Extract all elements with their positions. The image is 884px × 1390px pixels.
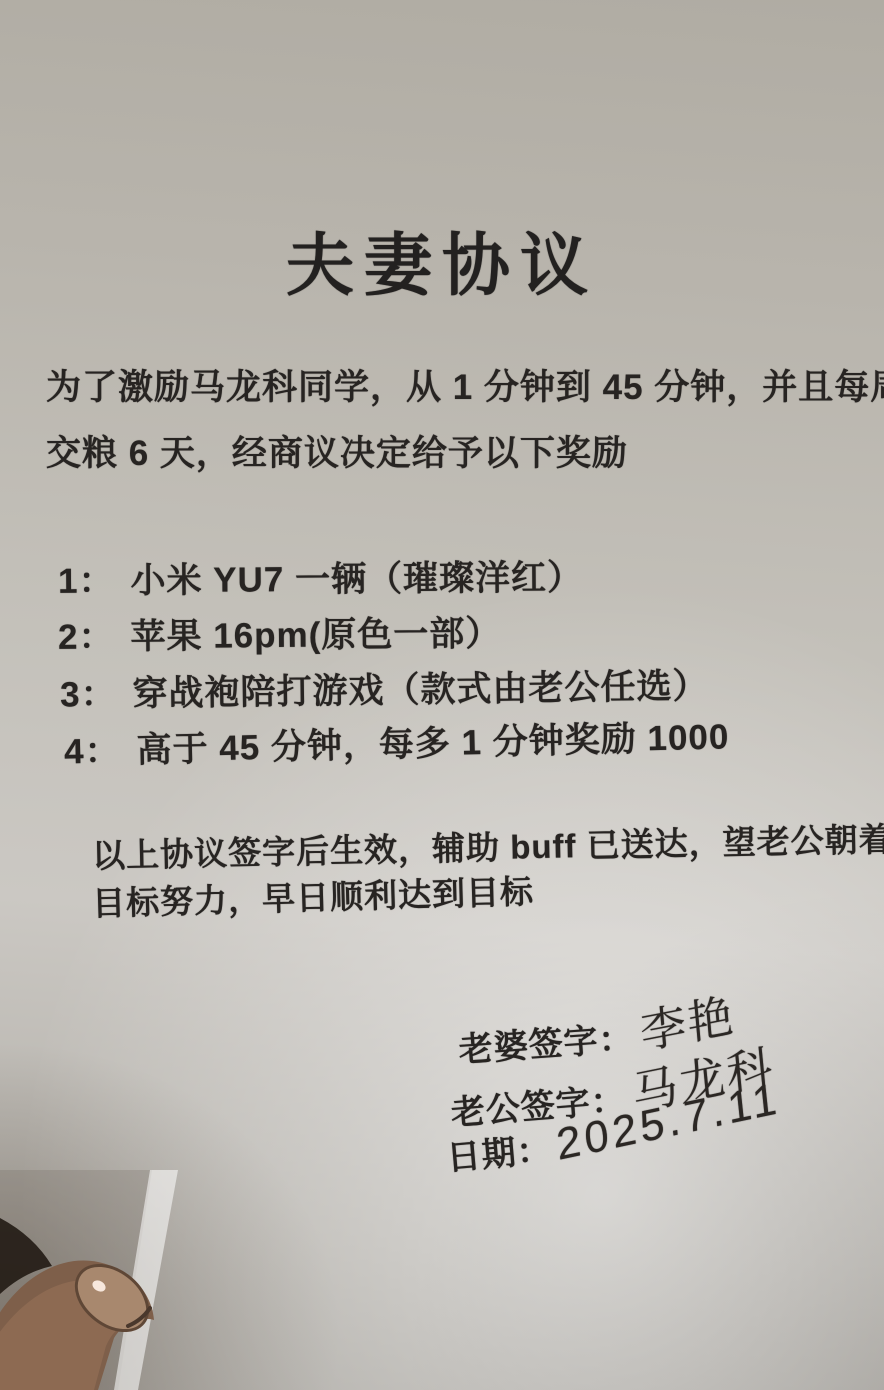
reward-text: 苹果 16pm(原色一部） bbox=[130, 614, 501, 656]
reward-number: 2： bbox=[58, 609, 115, 659]
reward-item-1: 1：小米 YU7 一辆（璀璨洋红） bbox=[58, 550, 583, 604]
reward-number: 3： bbox=[60, 667, 117, 718]
reward-item-4: 4：高于 45 分钟，每多 1 分钟奖励 1000 bbox=[64, 709, 730, 774]
reward-item-2: 2：苹果 16pm(原色一部） bbox=[58, 606, 502, 660]
reward-item-3: 3：穿战袍陪打游戏（款式由老公任选） bbox=[60, 658, 709, 717]
reward-text: 小米 YU7 一辆（璀璨洋红） bbox=[130, 558, 583, 600]
thumb-holding-paper bbox=[0, 1170, 230, 1390]
intro-line-1: 为了激励马龙科同学，从 1 分钟到 45 分钟，并且每周 bbox=[46, 360, 884, 410]
intro-line-2: 交粮 6 天，经商议决定给予以下奖励 bbox=[46, 426, 628, 476]
document-photo: 夫妻协议 为了激励马龙科同学，从 1 分钟到 45 分钟，并且每周 交粮 6 天… bbox=[0, 0, 884, 1390]
date-label: 日期： bbox=[444, 1122, 553, 1180]
reward-text: 穿战袍陪打游戏（款式由老公任选） bbox=[132, 666, 709, 713]
reward-number: 1： bbox=[58, 553, 115, 603]
document-title: 夫妻协议 bbox=[0, 212, 884, 309]
reward-text: 高于 45 分钟，每多 1 分钟奖励 1000 bbox=[136, 717, 730, 769]
reward-number: 4： bbox=[64, 723, 122, 774]
